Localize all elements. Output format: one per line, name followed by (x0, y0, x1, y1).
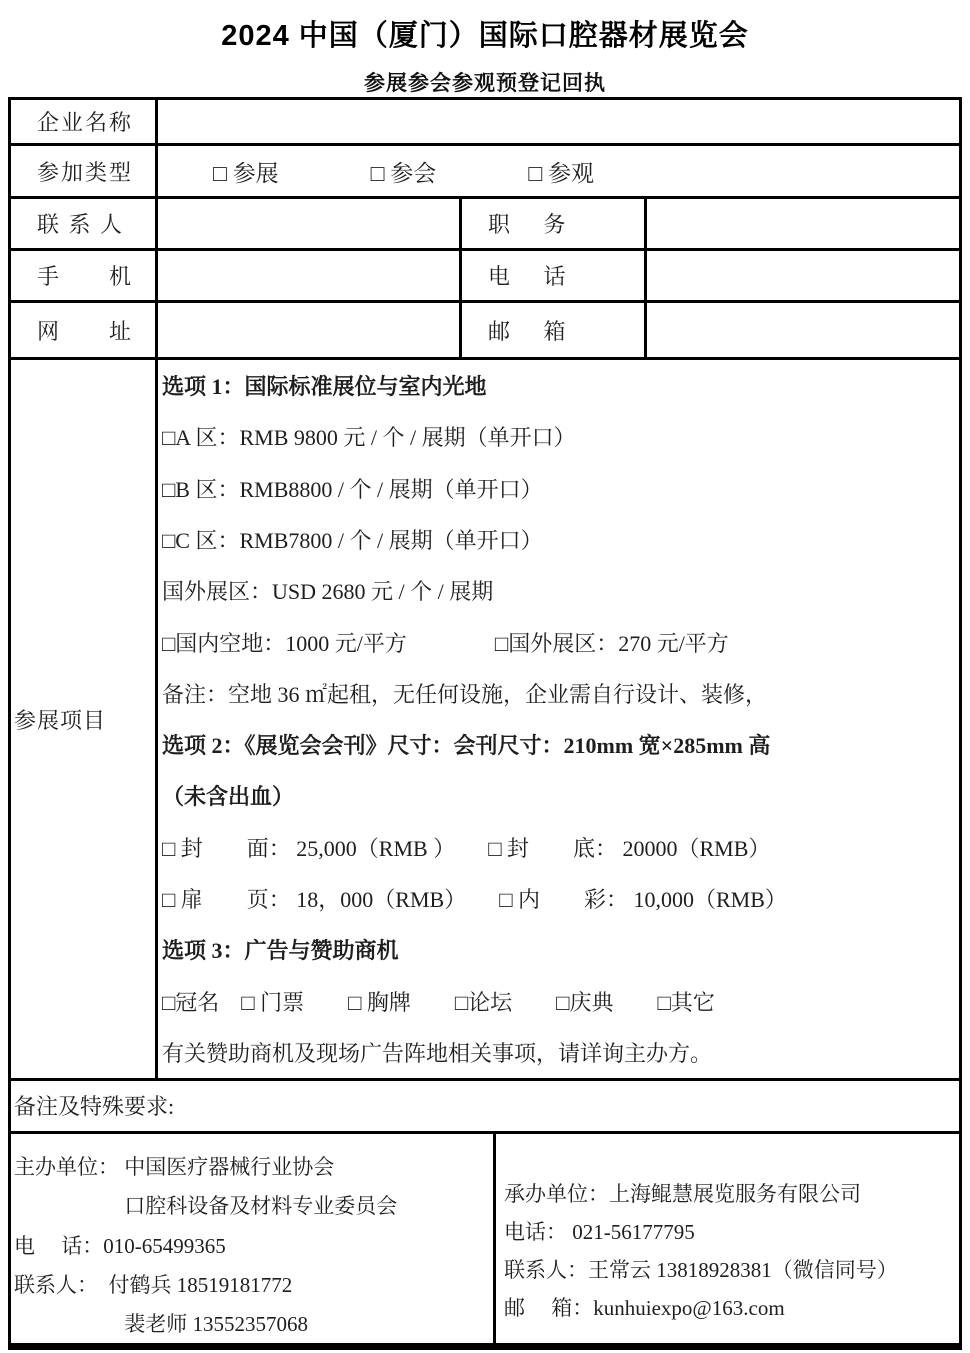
items-text-line: 备注：空地 36 ㎡起租，无任何设施，企业需自行设计、装修， (162, 668, 959, 719)
participation-checkbox-option[interactable]: □ 参展 (213, 155, 279, 188)
company-row: 企业名称 (11, 100, 959, 146)
items-option-line[interactable]: □ 扉 页： 18，000（RMB） □ 内 彩： 10,000（RMB） (162, 873, 959, 924)
participation-checkbox-option[interactable]: □ 参会 (371, 155, 437, 188)
mobile-row: 手 机 电 话 (11, 251, 959, 303)
items-text-line: 有关赞助商机及现场广告阵地相关事项，请详询主办方。 (162, 1027, 959, 1078)
items-option-line[interactable]: □A 区：RMB 9800 元 / 个 / 展期（单开口） (162, 411, 959, 462)
website-label: 网 址 (11, 303, 158, 357)
page-title: 2024 中国（厦门）国际口腔器材展览会 (0, 0, 970, 54)
items-text-line: 选项 2：《展览会会刊》尺寸：会刊尺寸：210mm 宽×285mm 高 (162, 719, 959, 770)
co-organizer-block: 承办单位：上海鲲慧展览服务有限公司电话： 021-56177795联系人：王常云… (496, 1134, 959, 1343)
co-organizer-line: 联系人：王常云 13818928381（微信同号） (504, 1250, 959, 1288)
co-organizer-line: 电话： 021-56177795 (504, 1212, 959, 1250)
contact-person-field[interactable] (158, 199, 462, 248)
organizer-line: 电 话：010-65499365 (14, 1225, 493, 1264)
form-table: 企业名称 参加类型 □ 参展□ 参会□ 参观 联 系 人 职 务 手 机 电 话… (8, 97, 962, 1350)
organizer-line: 口腔科设备及材料专业委员会 (14, 1185, 493, 1224)
page-subtitle: 参展参会参观预登记回执 (0, 67, 970, 97)
remarks-row: 备注及特殊要求: (11, 1081, 959, 1134)
mobile-field[interactable] (158, 251, 462, 300)
registration-form-document: 2024 中国（厦门）国际口腔器材展览会 参展参会参观预登记回执 企业名称 参加… (0, 0, 970, 1353)
website-row: 网 址 邮 箱 (11, 303, 959, 360)
participation-options: □ 参展□ 参会□ 参观 (158, 146, 959, 196)
co-organizer-line: 承办单位：上海鲲慧展览服务有限公司 (504, 1174, 959, 1212)
items-option-line[interactable]: □国内空地：1000 元/平方 □国外展区：270 元/平方 (162, 616, 959, 667)
company-name-label: 企业名称 (11, 100, 158, 143)
exhibition-items-label: 参展项目 (11, 360, 158, 1078)
organizer-line: 裴老师 13552357068 (14, 1304, 493, 1343)
organizer-line: 主办单位： 中国医疗器械行业协会 (14, 1146, 493, 1185)
items-text-line: 选项 1：国际标准展位与室内光地 (162, 360, 959, 411)
contact-person-label: 联 系 人 (11, 199, 158, 248)
email-field[interactable] (647, 303, 959, 357)
items-option-line[interactable]: □冠名 □ 门票 □ 胸牌 □论坛 □庆典 □其它 (162, 975, 959, 1026)
co-organizer-line: 邮 箱：kunhuiexpo@163.com (504, 1288, 959, 1326)
items-option-line[interactable]: □ 封 面： 25,000（RMB ） □ 封 底： 20000（RMB） (162, 822, 959, 873)
email-label: 邮 箱 (462, 303, 647, 357)
organizers-row: 主办单位： 中国医疗器械行业协会 口腔科设备及材料专业委员会电 话：010-65… (11, 1134, 959, 1343)
mobile-label: 手 机 (11, 251, 158, 300)
items-text-line: 国外展区：USD 2680 元 / 个 / 展期 (162, 565, 959, 616)
remarks-field[interactable]: 备注及特殊要求: (11, 1081, 959, 1131)
remarks-label: 备注及特殊要求: (14, 1090, 174, 1121)
participation-type-row: 参加类型 □ 参展□ 参会□ 参观 (11, 146, 959, 199)
phone-label: 电 话 (462, 251, 647, 300)
items-text-line: 选项 3：广告与赞助商机 (162, 924, 959, 975)
items-text-line: （未含出血） (162, 770, 959, 821)
exhibition-items-row: 参展项目 选项 1：国际标准展位与室内光地□A 区：RMB 9800 元 / 个… (11, 360, 959, 1081)
participation-type-label: 参加类型 (11, 146, 158, 196)
organizer-line: 联系人： 付鹤兵 18519181772 (14, 1264, 493, 1303)
position-field[interactable] (647, 199, 959, 248)
organizer-block: 主办单位： 中国医疗器械行业协会 口腔科设备及材料专业委员会电 话：010-65… (11, 1134, 496, 1343)
participation-checkbox-option[interactable]: □ 参观 (528, 155, 594, 188)
exhibition-items-content: 选项 1：国际标准展位与室内光地□A 区：RMB 9800 元 / 个 / 展期… (158, 360, 959, 1078)
phone-field[interactable] (647, 251, 959, 300)
website-field[interactable] (158, 303, 462, 357)
items-option-line[interactable]: □C 区：RMB7800 / 个 / 展期（单开口） (162, 514, 959, 565)
position-label: 职 务 (462, 199, 647, 248)
company-name-field[interactable] (158, 100, 959, 143)
contact-person-row: 联 系 人 职 务 (11, 199, 959, 251)
items-option-line[interactable]: □B 区：RMB8800 / 个 / 展期（单开口） (162, 463, 959, 514)
